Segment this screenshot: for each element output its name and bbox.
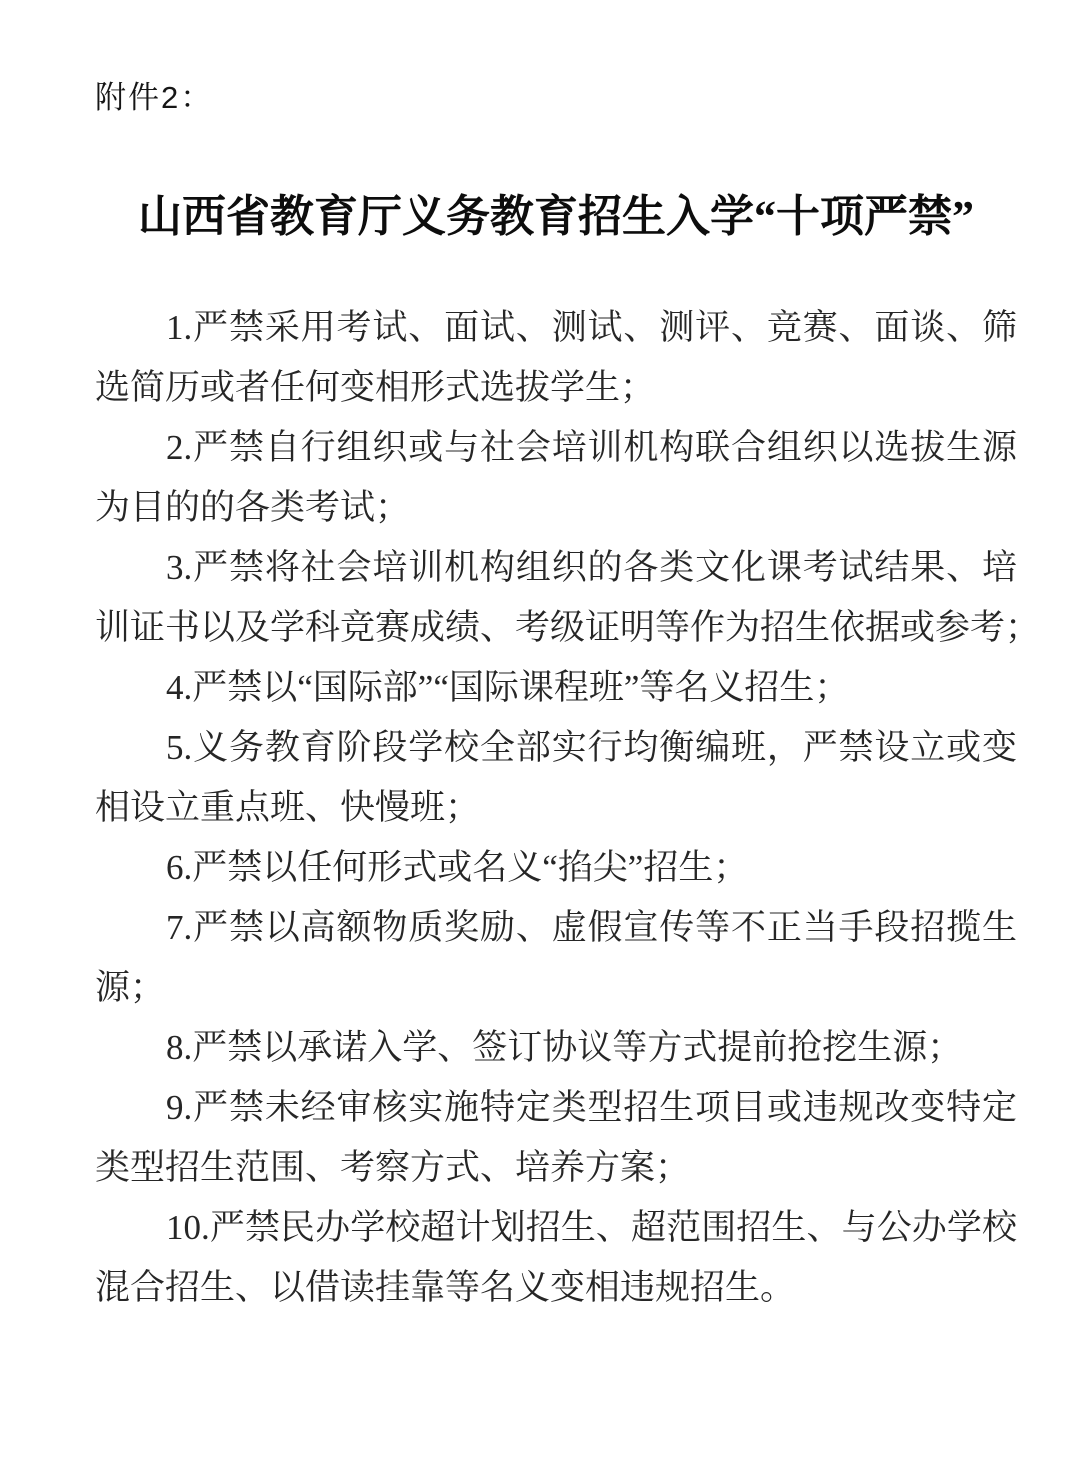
attachment-label: 附件2： <box>95 78 1017 118</box>
text-line: 10.严禁民办学校超计划招生、超范围招生、与公办学校 <box>95 1198 1017 1258</box>
document-title: 山西省教育厅义务教育招生入学“十项严禁” <box>95 192 1017 242</box>
text-line: 2.严禁自行组织或与社会培训机构联合组织以选拔生源 <box>95 418 1017 478</box>
text-line: 9.严禁未经审核实施特定类型招生项目或违规改变特定 <box>95 1078 1017 1138</box>
text-line: 训证书以及学科竞赛成绩、考级证明等作为招生依据或参考； <box>95 598 1017 658</box>
prohibition-item-2: 2.严禁自行组织或与社会培训机构联合组织以选拔生源 为目的的各类考试； <box>95 418 1017 538</box>
prohibition-item-8: 8.严禁以承诺入学、签订协议等方式提前抢挖生源； <box>95 1018 1017 1078</box>
text-line: 7.严禁以高额物质奖励、虚假宣传等不正当手段招揽生 <box>95 898 1017 958</box>
text-line: 源； <box>95 958 1017 1018</box>
text-line: 6.严禁以任何形式或名义“掐尖”招生； <box>95 838 1017 898</box>
prohibition-item-10: 10.严禁民办学校超计划招生、超范围招生、与公办学校 混合招生、以借读挂靠等名义… <box>95 1198 1017 1318</box>
text-line: 选简历或者任何变相形式选拔学生； <box>95 358 1017 418</box>
document-page: 附件2： 山西省教育厅义务教育招生入学“十项严禁” 1.严禁采用考试、面试、测试… <box>0 0 1080 1475</box>
text-line: 为目的的各类考试； <box>95 478 1017 538</box>
text-line: 类型招生范围、考察方式、培养方案； <box>95 1138 1017 1198</box>
document-body: 1.严禁采用考试、面试、测试、测评、竞赛、面谈、筛 选简历或者任何变相形式选拔学… <box>95 298 1017 1318</box>
prohibition-item-4: 4.严禁以“国际部”“国际课程班”等名义招生； <box>95 658 1017 718</box>
prohibition-item-5: 5.义务教育阶段学校全部实行均衡编班，严禁设立或变 相设立重点班、快慢班； <box>95 718 1017 838</box>
prohibition-item-6: 6.严禁以任何形式或名义“掐尖”招生； <box>95 838 1017 898</box>
text-line: 4.严禁以“国际部”“国际课程班”等名义招生； <box>95 658 1017 718</box>
text-line: 混合招生、以借读挂靠等名义变相违规招生。 <box>95 1258 1017 1318</box>
text-line: 1.严禁采用考试、面试、测试、测评、竞赛、面谈、筛 <box>95 298 1017 358</box>
prohibition-item-7: 7.严禁以高额物质奖励、虚假宣传等不正当手段招揽生 源； <box>95 898 1017 1018</box>
text-line: 5.义务教育阶段学校全部实行均衡编班，严禁设立或变 <box>95 718 1017 778</box>
text-line: 8.严禁以承诺入学、签订协议等方式提前抢挖生源； <box>95 1018 1017 1078</box>
prohibition-item-1: 1.严禁采用考试、面试、测试、测评、竞赛、面谈、筛 选简历或者任何变相形式选拔学… <box>95 298 1017 418</box>
prohibition-item-9: 9.严禁未经审核实施特定类型招生项目或违规改变特定 类型招生范围、考察方式、培养… <box>95 1078 1017 1198</box>
prohibition-item-3: 3.严禁将社会培训机构组织的各类文化课考试结果、培 训证书以及学科竞赛成绩、考级… <box>95 538 1017 658</box>
text-line: 相设立重点班、快慢班； <box>95 778 1017 838</box>
text-line: 3.严禁将社会培训机构组织的各类文化课考试结果、培 <box>95 538 1017 598</box>
